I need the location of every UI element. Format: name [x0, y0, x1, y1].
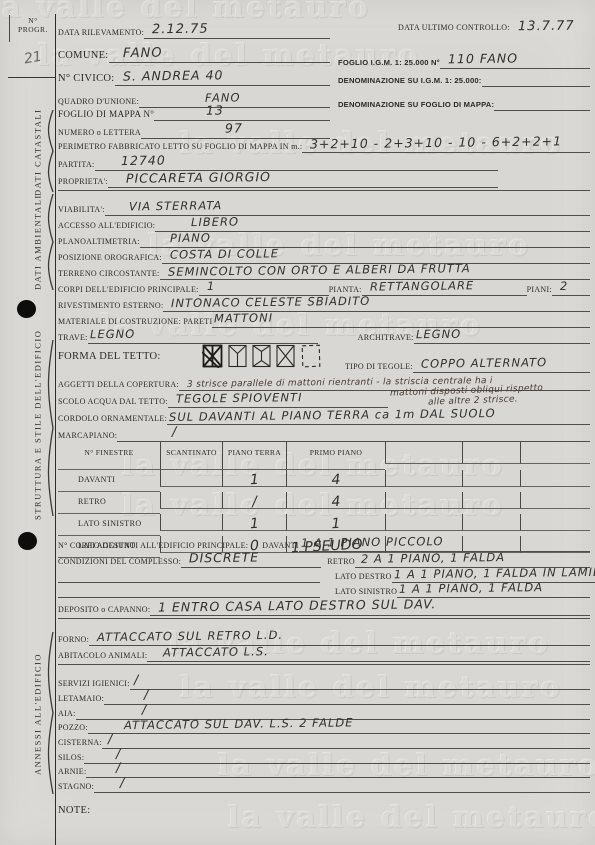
roof-shape-icons — [202, 344, 321, 368]
section-brace — [45, 110, 54, 192]
section-label-annessi: ANNESSI ALL'EDIFICIO — [31, 634, 44, 794]
handwritten-value: TEGOLE SPIOVENTI — [168, 391, 303, 405]
handwritten-value: / — [223, 492, 287, 511]
progr-underline — [8, 77, 55, 78]
ruled-line — [482, 82, 590, 87]
table-cell — [520, 470, 590, 487]
handwritten-value — [161, 486, 222, 489]
ruled-line — [58, 614, 590, 619]
table-cell: 4 — [286, 470, 385, 487]
table-cell — [520, 514, 590, 531]
table-cell — [462, 470, 520, 487]
handwritten-value: 2.12.75 — [144, 23, 209, 37]
table-row-label: DAVANTI — [58, 470, 160, 492]
blank-rule — [58, 614, 590, 619]
field-perimetro: PERIMETRO FABBRICATO LETTO SU FOGLIO DI … — [58, 134, 590, 153]
table-cell: / — [222, 492, 286, 509]
handwritten-value: LEGNO — [414, 328, 461, 341]
field-foglio-di-mappa: FOGLIO DI MAPPA N° 13 — [58, 102, 330, 121]
table-header: N° FINESTRE — [58, 442, 160, 470]
ruled-line: FANO — [109, 44, 330, 63]
roof-gable-hip-icon — [252, 344, 271, 368]
ruled-line — [58, 660, 590, 665]
field-label: TRAVE: — [58, 334, 88, 344]
field-label: DATA ULTIMO CONTROLLO: — [398, 24, 510, 34]
field-note: NOTE: — [58, 806, 198, 819]
handwritten-value: DISCRETE — [181, 551, 259, 565]
field-data-rilevamento: DATA RILEVAMENTO: 2.12.75 — [58, 20, 330, 39]
handwritten-value: 3+2+10 - 2+3+10 - 10 - 6+2+2+1 — [302, 134, 562, 150]
handwritten-value: ATTACCATO SUL RETRO L.D. — [89, 629, 283, 643]
handwritten-value: 1 — [223, 514, 287, 533]
roof-open-dashed-icon — [300, 344, 321, 368]
field-label: ARCHITRAVE: — [358, 334, 414, 344]
handwritten-value: / — [117, 426, 178, 440]
field-n-civico: N° CIVICO: S. ANDREA 40 — [58, 67, 330, 86]
field-label: COMUNE: — [58, 51, 109, 64]
progr-label: N° PROGR. — [12, 16, 54, 35]
ruled-line: LEGNO — [88, 325, 318, 344]
handwritten-value: LIBERO — [155, 215, 239, 228]
handwritten-value: 1 — [287, 513, 386, 534]
field-comune: COMUNE: FANO — [58, 44, 330, 63]
roof-hip-icon — [228, 344, 247, 368]
handwritten-value: S. ANDREA 40 — [114, 68, 223, 82]
table-cell — [385, 470, 462, 487]
handwritten-value: 2 A 1 PIANO, 1 FALDA — [355, 551, 505, 565]
progr-box-border — [9, 15, 10, 42]
handwritten-value: 1 — [223, 470, 287, 489]
handwritten-value: 1 — [199, 280, 215, 292]
table-cell — [160, 514, 222, 531]
table-header: SCANTINATO — [160, 442, 222, 470]
ruled-line — [494, 106, 590, 111]
section-brace — [45, 194, 54, 290]
table-cell — [385, 514, 462, 531]
handwritten-value: RETTANGOLARE — [362, 279, 474, 292]
handwritten-value: 1 ENTRO CASA LATO DESTRO SUL DAV. — [150, 597, 436, 614]
handwritten-value: COSTA DI COLLE — [162, 247, 279, 260]
table-header — [462, 442, 520, 464]
section-brace — [45, 340, 54, 516]
table-row-label: RETRO — [58, 492, 160, 514]
table-cell — [385, 492, 462, 509]
field-label: N° CIVICO: — [58, 74, 115, 87]
ruled-line: / — [94, 774, 590, 793]
handwritten-value: 1 A 1 PIANO, 1 FALDA — [397, 581, 543, 595]
handwritten-value: LEGNO — [88, 328, 135, 341]
ruled-line: 1 A 1 PIANO, 1 FALDA — [397, 579, 590, 598]
handwritten-value: ATTACCATO L.S. — [147, 645, 269, 659]
handwritten-value: FANO — [108, 47, 162, 61]
handwritten-value: 4 — [287, 469, 386, 490]
punch-hole — [18, 532, 37, 550]
handwritten-value: 4 — [287, 491, 386, 512]
handwritten-value: 12740 — [94, 154, 165, 168]
field-label: FORMA DEL TETTO: — [58, 352, 161, 365]
field-label: DENOMINAZIONE SU I.G.M. 1: 25.000: — [338, 77, 482, 87]
roof-asterisk-marked-icon — [202, 344, 223, 368]
field-label: DENOMINAZIONE SU FOGLIO DI MAPPA: — [338, 101, 494, 111]
table-cell — [520, 492, 590, 509]
section-brace — [45, 632, 54, 794]
table-cell: 1 — [222, 514, 286, 531]
handwritten-value: 13.7.77 — [510, 20, 575, 34]
handwritten-value: 2 — [552, 280, 568, 292]
field-label: STAGNO: — [58, 783, 94, 793]
table-cell: 1 — [286, 514, 385, 531]
watermark: la valle del metauro — [228, 800, 595, 834]
handwritten-value: 13 — [154, 104, 224, 118]
punch-hole — [17, 300, 36, 318]
handwritten-value — [161, 508, 222, 511]
roof-x-icon — [276, 344, 295, 368]
ruled-line: 2.12.75 — [144, 20, 330, 39]
section-label-dati-ambientali: DATI AMBIENTALI — [31, 194, 44, 290]
ruled-line: 3+2+10 - 2+3+10 - 10 - 6+2+2+1 — [302, 134, 590, 153]
handwritten-value: COPPO ALTERNATO — [413, 356, 547, 370]
table-header: PIANO TERRA — [222, 442, 286, 470]
ruled-line: S. ANDREA 40 — [115, 67, 331, 86]
table-header: PRIMO PIANO — [286, 442, 385, 470]
handwritten-value: SEMINCOLTO CON ORTO E ALBERI DA FRUTTA — [160, 262, 471, 278]
handwritten-value: 110 FANO — [440, 52, 518, 66]
section-label-struttura-e-stile: STRUTTURA E STILE DELL'EDIFICIO — [31, 336, 44, 514]
table-cell — [462, 492, 520, 509]
progr-label-line2: PROGR. — [12, 25, 54, 34]
handwritten-value: SUL DAVANTI AL PIANO TERRA ca 1m DAL SUO… — [167, 407, 496, 423]
table-header — [385, 442, 462, 464]
handwritten-value: MATTONI — [212, 312, 273, 325]
field-label: MARCAPIANO: — [58, 432, 117, 442]
handwritten-value: VIA STERRATA — [105, 199, 222, 212]
ruled-line: COPPO ALTERNATO — [413, 354, 590, 373]
table-cell — [160, 470, 222, 487]
ruled-line: / — [117, 423, 590, 442]
table-cell — [462, 514, 520, 531]
progr-value-handwritten: 21 — [23, 49, 43, 68]
handwritten-value: / — [94, 777, 126, 791]
field-trave-architrave: TRAVE: LEGNO ARCHITRAVE: LEGNO — [58, 325, 590, 344]
field-stagno: STAGNO: / — [58, 774, 590, 793]
scanned-cadastral-form: la valle del metauro la valle del metaur… — [0, 0, 595, 845]
form-left-border — [55, 14, 56, 845]
handwritten-value: 1 A 1 PIANO PICCOLO — [299, 535, 444, 549]
field-label: FOGLIO I.G.M. 1: 25.000 N° — [338, 59, 440, 69]
blank-rule — [58, 186, 590, 191]
ruled-line — [58, 186, 590, 191]
table-cell: 4 — [286, 492, 385, 509]
ruled-line: LEGNO — [414, 325, 590, 344]
field-foglio-igm: FOGLIO I.G.M. 1: 25.000 N° 110 FANO — [338, 50, 590, 69]
field-denominazione-mappa: DENOMINAZIONE SU FOGLIO DI MAPPA: — [338, 101, 590, 111]
progr-label-line1: N° — [12, 16, 54, 25]
field-forma-del-tetto: FORMA DEL TETTO: — [58, 352, 198, 365]
field-tipo-tegole: TIPO DI TEGOLE: COPPO ALTERNATO — [345, 354, 590, 373]
table-cell — [160, 492, 222, 509]
ruled-line: 110 FANO — [440, 50, 590, 69]
field-corpi-aggiunti-lato-sinistro: LATO SINISTRO 1 A 1 PIANO, 1 FALDA — [58, 579, 590, 598]
ruled-line: 13 — [154, 102, 330, 121]
section-label-dati-catastali: DATI CATASTALI — [31, 112, 44, 192]
field-data-ultimo-controllo: DATA ULTIMO CONTROLLO: 13.7.77 — [398, 20, 590, 34]
table-cell: 1 — [222, 470, 286, 487]
table-header — [520, 442, 590, 464]
field-marcapiano: MARCAPIANO: / — [58, 423, 590, 442]
field-label: DATA RILEVAMENTO: — [58, 29, 144, 39]
handwritten-value: PIANO — [140, 232, 211, 245]
blank-rule — [58, 660, 590, 665]
handwritten-value: INTONACO CELESTE SBIADITO — [163, 295, 370, 310]
field-label: NOTE: — [58, 806, 90, 819]
handwritten-value: PICCARETA GIORGIO — [108, 170, 271, 185]
field-denominazione-igm: DENOMINAZIONE SU I.G.M. 1: 25.000: — [338, 77, 590, 87]
